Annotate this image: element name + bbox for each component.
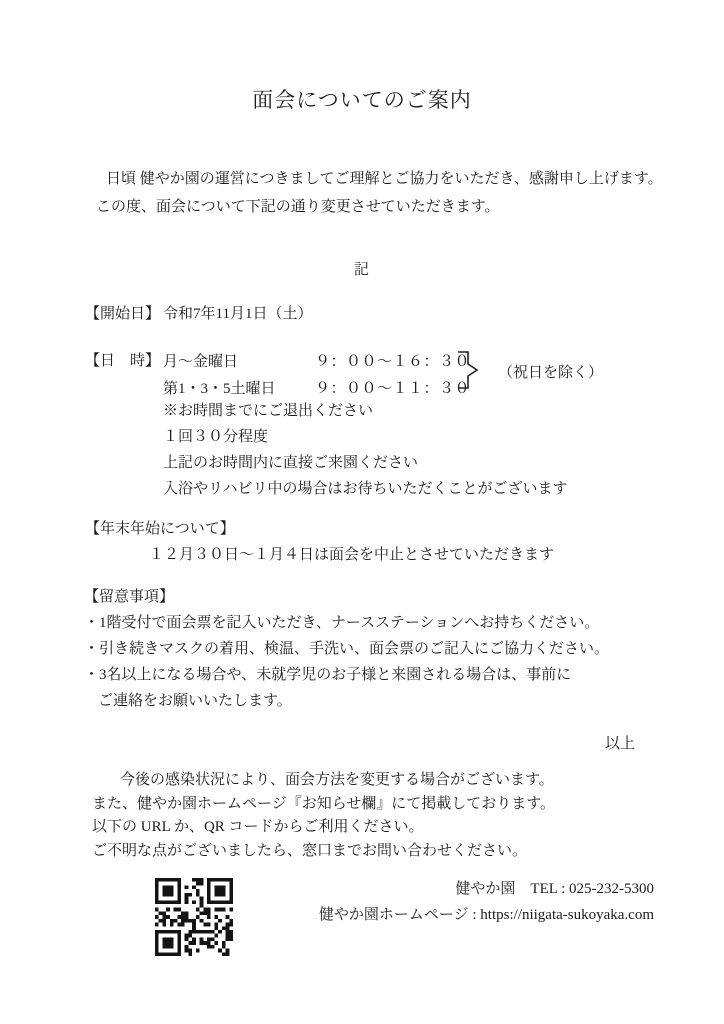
schedule-row: 月～金曜日９：００～１６：３０ [163,354,470,370]
datetime-label: 【日 時】 [85,349,163,370]
facility-tel: 健やか園 TEL : 025-232-5300 [319,876,654,902]
start-date-row: 【開始日】令和7年11月1日（土） [85,302,312,323]
closing-line: また、健やか園ホームページ『お知らせ欄』にて掲載しております。 [92,793,555,817]
yearend-heading: 【年末年始について】 [85,517,235,538]
notice-document: 面会についてのご案内 日頃 健やか園の運営につきましてご理解とご協力をいただき、… [0,0,724,1024]
schedule-time: ９：００～１１：３０ [315,381,470,397]
notice-item-continuation: ご連絡をお願いいたします。 [84,688,609,714]
notices-list: ・1階受付で面会票を記入いただき、ナースステーションへお持ちください。 ・引き続… [84,610,609,714]
holiday-exclusion-note: （祝日を除く） [498,361,603,382]
start-date-label: 【開始日】 [85,302,163,323]
intro-line: 日頃 健やか園の運営につきましてご理解とご協力をいただき、感謝申し上げます。 [96,166,663,194]
start-date-value: 令和7年11月1日（土） [163,306,312,322]
notices-heading: 【留意事項】 [84,585,174,606]
notice-item: ・3名以上になる場合や、未就学児のお子様と来園される場合は、事前に [84,662,609,688]
end-mark: 以上 [0,732,635,753]
closing-line: 今後の感染状況により、面会方法を変更する場合がございます。 [92,769,555,793]
schedule-note: 入浴やリハビリ中の場合はお待ちいただくことがございます [163,476,568,502]
homepage-url: 健やか園ホームページ : https://niigata-sukoyaka.co… [319,902,654,928]
record-mark: 記 [0,258,724,279]
contact-block: 健やか園 TEL : 025-232-5300 健やか園ホームページ : htt… [319,876,654,928]
qr-code [155,878,233,956]
schedule-note: １回３０分程度 [163,424,568,450]
yearend-notice: １２月３０日～１月４日は面会を中止とさせていただきます [149,543,554,564]
schedule-note: ※お時間までにご退出ください [163,398,568,424]
schedule-table: 月～金曜日９：００～１６：３０ 第1・3・5土曜日９：００～１１：３０ [163,349,470,403]
notice-item: ・引き続きマスクの着用、検温、手洗い、面会票のご記入にご協力ください。 [84,636,609,662]
closing-line: 以下の URL か、QR コードからご利用ください。 [92,816,555,840]
right-brace-shape [456,350,482,390]
closing-line: ご不明な点がございましたら、窓口までお問い合わせください。 [92,840,555,864]
intro-line: この度、面会について下記の通り変更させていただきます。 [96,194,663,222]
schedule-note: 上記のお時間内に直接ご来園ください [163,450,568,476]
notice-item: ・1階受付で面会票を記入いただき、ナースステーションへお持ちください。 [84,610,609,636]
schedule-time: ９：００～１６：３０ [315,354,470,370]
schedule-notes: ※お時間までにご退出ください １回３０分程度 上記のお時間内に直接ご来園ください… [163,398,568,502]
page-title: 面会についてのご案内 [0,84,724,114]
closing-paragraph: 今後の感染状況により、面会方法を変更する場合がございます。 また、健やか園ホーム… [92,769,555,863]
schedule-days: 月～金曜日 [163,349,315,376]
intro-paragraph: 日頃 健やか園の運営につきましてご理解とご協力をいただき、感謝申し上げます。 こ… [96,166,663,221]
schedule-row: 第1・3・5土曜日９：００～１１：３０ [163,381,470,397]
datetime-row: 【日 時】 月～金曜日９：００～１６：３０ 第1・3・5土曜日９：００～１１：３… [85,349,470,403]
